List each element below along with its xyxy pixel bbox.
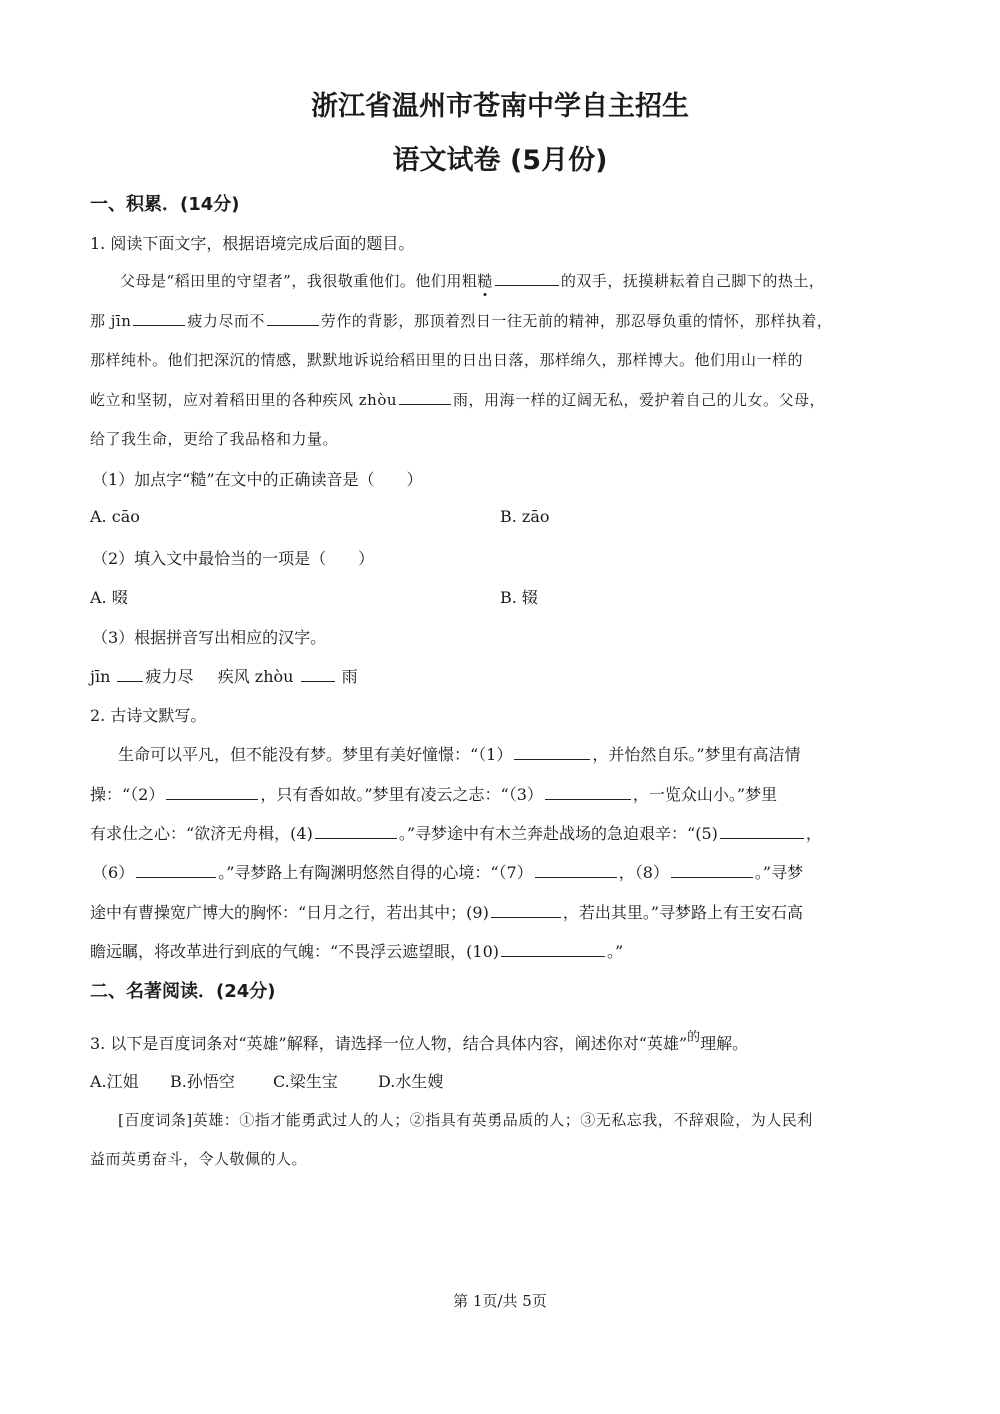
pinyin-fill-row: jīn 疲力尽 疾风 zhòu 雨 — [90, 664, 358, 687]
poem-line-5: 途中有曹操宽广博大的胸怀：“日月之行，若出其中；(9)，若出其里。”寻梦路上有王… — [90, 900, 803, 923]
poem-line-2: 操：“（2），只有香如故。”梦里有凌云之志：“（3），一览众山小。”梦里 — [90, 782, 777, 805]
page-indicator: 第 1页/共 5页 — [0, 1290, 1000, 1311]
word-text: 雨 — [342, 667, 358, 686]
poem-text: ，一览众山小。”梦里 — [633, 785, 777, 804]
question-text: 3. 以下是百度词条对“英雄”解释，请选择一位人物，结合具体内容，阐述你对“英雄… — [90, 1034, 687, 1053]
passage-line-1: 父母是“稻田里的守望者”，我很敬重他们。他们用粗糙的双手，抚摸耕耘着自己脚下的热… — [120, 270, 824, 291]
question-2-stem: 2. 古诗文默写。 — [90, 703, 206, 726]
passage-text: 的双手，抚摸耕耘着自己脚下的热土， — [561, 272, 825, 290]
poem-line-1: 生命可以平凡，但不能没有梦。梦里有美好憧憬：“（1），并怡然自乐。”梦里有高洁情 — [118, 742, 801, 765]
poem-text: 。” — [607, 942, 623, 961]
option-a[interactable]: A. 啜 — [90, 585, 128, 608]
poem-text: 生命可以平凡，但不能没有梦。梦里有美好憧憬：“（1） — [118, 745, 512, 764]
passage-line-5: 给了我生命，更给了我品格和力量。 — [90, 428, 338, 449]
poem-text: 。”寻梦路上有陶渊明悠然自得的心境：“（7） — [218, 863, 533, 882]
passage-line-4: 屹立和坚韧，应对着稻田里的各种疾风 zhòu雨，用海一样的辽阔无私，爱护着自己的… — [90, 389, 825, 410]
passage-line-2: 那 jīn疲力尽而不劳作的背影，那顶着烈日一往无前的精神，那忍辱负重的情怀，那样… — [90, 310, 832, 331]
fill-blank[interactable] — [133, 324, 185, 326]
poem-line-3: 有求仕之心：“欲济无舟楫，(4)。”寻梦途中有木兰奔赴战场的急迫艰辛：“(5)， — [90, 821, 822, 844]
passage-text: 疲力尽而不 — [187, 312, 265, 330]
fill-blank[interactable] — [495, 284, 559, 286]
section-heading-accumulation: 一、积累．(14分) — [90, 190, 240, 216]
poem-text: 途中有曹操宽广博大的胸怀：“日月之行，若出其中；(9) — [90, 903, 489, 922]
pinyin-zhou: 疾风 zhòu — [218, 667, 294, 686]
passage-text: 给了我生命，更给了我品格和力量。 — [90, 430, 338, 448]
passage-text: 那样纯朴。他们把深沉的情感，默默地诉说给稻田里的日出日落，那样绵久，那样博大。他… — [90, 351, 803, 369]
fill-blank-3[interactable] — [545, 798, 631, 800]
option-sun-wukong[interactable]: B.孙悟空 — [170, 1069, 235, 1092]
sub-question-2: （2）填入文中最恰当的一项是（ ） — [92, 546, 374, 569]
question-1-stem: 1. 阅读下面文字，根据语境完成后面的题目。 — [90, 231, 414, 254]
section-heading-classics-reading: 二、名著阅读．(24分) — [90, 977, 276, 1003]
fill-blank[interactable] — [399, 403, 451, 405]
passage-text: 父母是“稻田里的守望者”，我很敬重他们。他们用粗 — [120, 272, 477, 290]
poem-text: 瞻远瞩，将改革进行到底的气魄：“不畏浮云遮望眼，(10) — [90, 942, 499, 961]
fill-blank[interactable] — [301, 680, 335, 682]
poem-text: ，并怡然自乐。”梦里有高洁情 — [592, 745, 800, 764]
fill-blank-8[interactable] — [671, 876, 753, 878]
passage-line-3: 那样纯朴。他们把深沉的情感，默默地诉说给稻田里的日出日落，那样绵久，那样博大。他… — [90, 349, 803, 370]
exam-title: 浙江省温州市苍南中学自主招生 — [0, 84, 1000, 123]
poem-text: （6） — [92, 863, 134, 882]
fill-blank-2[interactable] — [166, 798, 258, 800]
fill-blank-6[interactable] — [136, 876, 216, 878]
question-3-stem: 3. 以下是百度词条对“英雄”解释，请选择一位人物，结合具体内容，阐述你对“英雄… — [90, 1026, 748, 1054]
dotted-character: 糙 — [477, 272, 493, 290]
superscript-text: 的 — [687, 1030, 700, 1045]
poem-text: 操：“（2） — [90, 785, 164, 804]
fill-blank[interactable] — [117, 680, 143, 682]
passage-text: 雨，用海一样的辽阔无私，爱护着自己的儿女。父母， — [453, 391, 825, 409]
passage-text: 那 jīn — [90, 312, 131, 330]
option-jiang-jie[interactable]: A.江姐 — [90, 1069, 139, 1092]
exam-subtitle: 语文试卷 (5月份) — [0, 138, 1000, 177]
fill-blank-1[interactable] — [514, 758, 590, 760]
poem-text: ， — [806, 824, 822, 843]
word-text: 疲力尽 — [145, 667, 193, 686]
poem-text: 有求仕之心：“欲济无舟楫，(4) — [90, 824, 313, 843]
sub-question-3: （3）根据拼音写出相应的汉字。 — [92, 625, 326, 648]
poem-text: 。”寻梦途中有木兰奔赴战场的急迫艰辛：“(5) — [399, 824, 718, 843]
poem-text: ，若出其里。”寻梦路上有王安石高 — [563, 903, 803, 922]
option-b-zao[interactable]: B. zāo — [500, 507, 550, 526]
fill-blank-9[interactable] — [491, 916, 561, 918]
passage-text: 屹立和坚韧，应对着稻田里的各种疾风 zhòu — [90, 391, 397, 409]
baidu-definition-line-1: [百度词条]英雄：①指才能勇武过人的人；②指具有英勇品质的人；③无私忘我，不辞艰… — [118, 1109, 813, 1130]
poem-line-4: （6）。”寻梦路上有陶渊明悠然自得的心境：“（7），（8）。”寻梦 — [92, 860, 803, 883]
poem-line-6: 瞻远瞩，将改革进行到底的气魄：“不畏浮云遮望眼，(10)。” — [90, 939, 623, 962]
option-shuisheng-sao[interactable]: D.水生嫂 — [378, 1069, 443, 1092]
fill-blank-4[interactable] — [315, 837, 397, 839]
passage-text: 劳作的背影，那顶着烈日一往无前的精神，那忍辱负重的情怀，那样执着， — [321, 312, 833, 330]
fill-blank-5[interactable] — [720, 837, 804, 839]
poem-text: ，只有香如故。”梦里有凌云之志：“（3） — [260, 785, 543, 804]
poem-text: ，（8） — [619, 863, 669, 882]
option-a-cao[interactable]: A. cāo — [90, 507, 140, 526]
option-liang-shengbao[interactable]: C.梁生宝 — [273, 1069, 338, 1092]
fill-blank[interactable] — [267, 324, 319, 326]
fill-blank-10[interactable] — [501, 955, 605, 957]
baidu-definition-line-2: 益而英勇奋斗，令人敬佩的人。 — [90, 1148, 307, 1169]
pinyin-jin: jīn — [90, 667, 110, 686]
poem-text: 。”寻梦 — [755, 863, 803, 882]
question-text: 理解。 — [700, 1034, 748, 1053]
fill-blank-7[interactable] — [535, 876, 617, 878]
sub-question-1: （1）加点字“糙”在文中的正确读音是（ ） — [92, 467, 423, 490]
option-b[interactable]: B. 辍 — [500, 585, 538, 608]
